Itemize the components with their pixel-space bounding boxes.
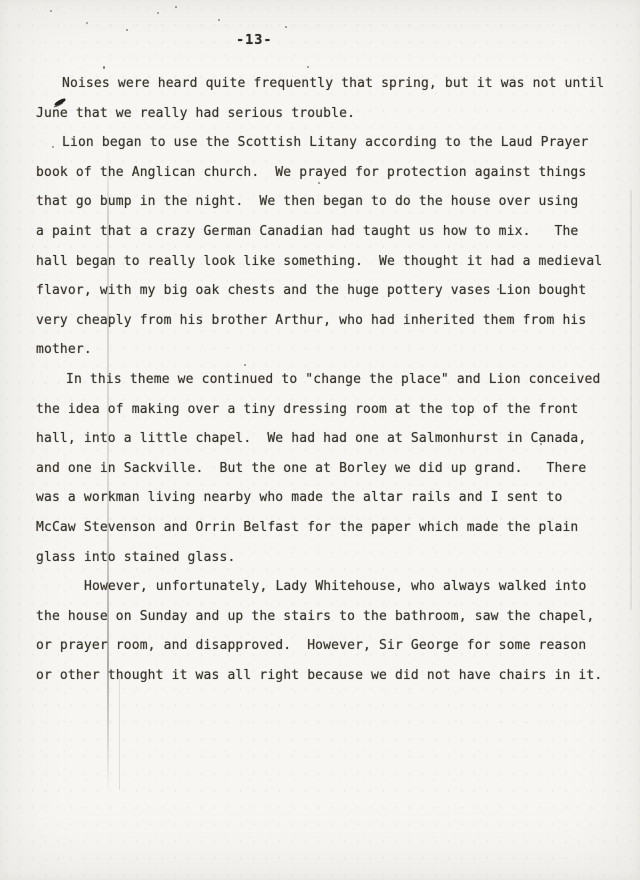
paper-crease-secondary bbox=[119, 675, 120, 790]
paragraph-4: However, unfortunately, Lady Whitehouse,… bbox=[36, 572, 621, 690]
text-line: flavor, with my big oak chests and the h… bbox=[36, 276, 621, 306]
text-line: McCaw Stevenson and Orrin Belfast for th… bbox=[36, 513, 621, 543]
ink-speck bbox=[497, 288, 499, 290]
ink-speck bbox=[285, 26, 287, 28]
ink-speck bbox=[157, 12, 159, 14]
ink-speck bbox=[244, 364, 246, 366]
text-line: or prayer room, and disapproved. However… bbox=[36, 631, 621, 661]
text-line: was a workman living nearby who made the… bbox=[36, 483, 621, 513]
paragraph-3: In this theme we continued to "change th… bbox=[36, 365, 621, 572]
text-line: mother. bbox=[36, 335, 621, 365]
text-line: hall, into a little chapel. We had had o… bbox=[36, 424, 621, 454]
ink-speck bbox=[307, 66, 309, 68]
text-line: Lion began to use the Scottish Litany ac… bbox=[36, 128, 621, 158]
document-body: Noises were heard quite frequently that … bbox=[36, 69, 621, 690]
paper-crease bbox=[107, 150, 109, 795]
ink-speck bbox=[175, 6, 177, 8]
ink-speck bbox=[540, 443, 542, 445]
ink-speck bbox=[218, 19, 220, 21]
text-line: Noises were heard quite frequently that … bbox=[36, 69, 621, 99]
text-line: and one in Sackville. But the one at Bor… bbox=[36, 454, 621, 484]
text-line: very cheaply from his brother Arthur, wh… bbox=[36, 306, 621, 336]
text-line: book of the Anglican church. We prayed f… bbox=[36, 158, 621, 188]
text-line: a paint that a crazy German Canadian had… bbox=[36, 217, 621, 247]
scanned-document-page: -13- Noises were heard quite frequently … bbox=[0, 0, 640, 880]
ink-speck bbox=[318, 182, 320, 184]
paragraph-1: Noises were heard quite frequently that … bbox=[36, 69, 621, 128]
text-line: glass into stained glass. bbox=[36, 543, 621, 573]
page-number: -13- bbox=[236, 32, 273, 48]
text-line: In this theme we continued to "change th… bbox=[36, 365, 621, 395]
ink-speck bbox=[126, 29, 128, 31]
text-line: June that we really had serious trouble. bbox=[36, 99, 621, 129]
ink-speck bbox=[103, 66, 105, 69]
text-line: However, unfortunately, Lady Whitehouse,… bbox=[36, 572, 621, 602]
text-line: that go bump in the night. We then began… bbox=[36, 187, 621, 217]
paragraph-2: Lion began to use the Scottish Litany ac… bbox=[36, 128, 621, 365]
ink-speck bbox=[86, 22, 88, 24]
text-line: the idea of making over a tiny dressing … bbox=[36, 395, 621, 425]
text-line: the house on Sunday and up the stairs to… bbox=[36, 602, 621, 632]
ink-speck bbox=[50, 10, 52, 12]
text-line: or other thought it was all right becaus… bbox=[36, 661, 621, 691]
ink-speck bbox=[52, 146, 54, 148]
scan-edge-streak bbox=[630, 190, 632, 610]
text-line: hall began to really look like something… bbox=[36, 247, 621, 277]
